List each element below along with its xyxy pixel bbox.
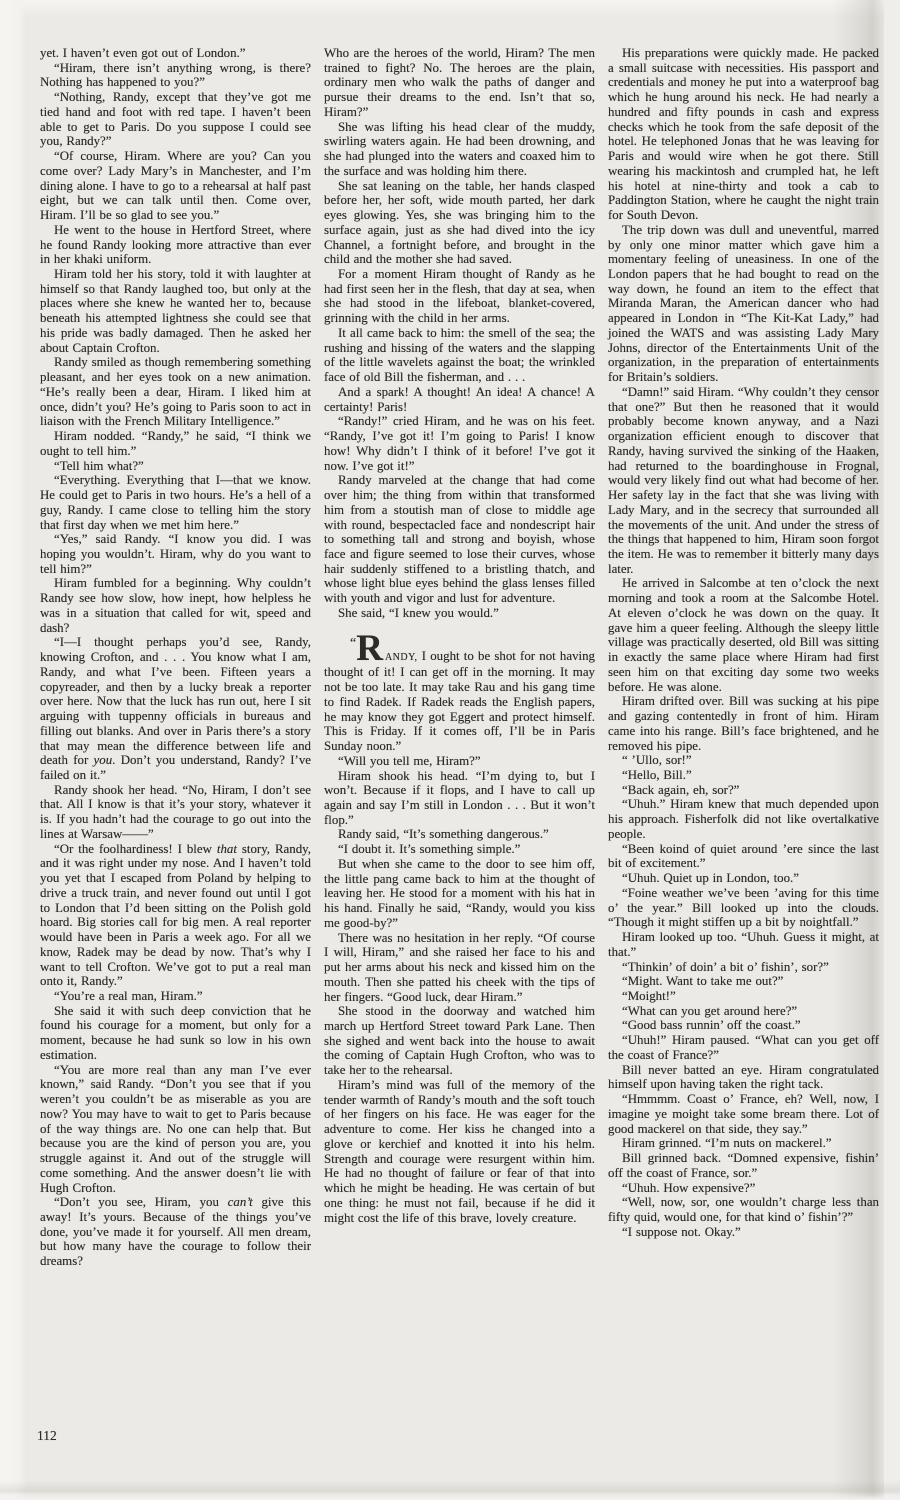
paragraph: “Damn!” said Hiram. “Why couldn’t they c… xyxy=(608,385,879,577)
paragraph: But when she came to the door to see him… xyxy=(324,857,595,931)
paragraph: “Foine weather we’ve been ’aving for thi… xyxy=(608,886,879,930)
paragraph: “You’re a real man, Hiram.” xyxy=(40,989,311,1004)
paragraph: Hiram fumbled for a beginning. Why could… xyxy=(40,576,311,635)
paragraph: “Will you tell me, Hiram?” xyxy=(324,754,595,769)
paragraph: He went to the house in Hertford Street,… xyxy=(40,223,311,267)
paragraph: “Uhuh. How expensive?” xyxy=(608,1181,879,1196)
paragraph: His preparations were quickly made. He p… xyxy=(608,46,879,223)
paragraph: “Moight!” xyxy=(608,989,879,1004)
paragraph: She said it with such deep conviction th… xyxy=(40,1004,311,1063)
paragraph: “Back again, eh, sor?” xyxy=(608,783,879,798)
paragraph: “Tell him what?” xyxy=(40,459,311,474)
paragraph: yet. I haven’t even got out of London.” xyxy=(40,46,311,61)
paragraph: “Thinkin’ of doin’ a bit o’ fishin’, sor… xyxy=(608,960,879,975)
paragraph: “Yes,” said Randy. “I know you did. I wa… xyxy=(40,532,311,576)
paragraph: “Don’t you see, Hiram, you can’t give th… xyxy=(40,1195,311,1269)
text-column-middle: Who are the heroes of the world, Hiram? … xyxy=(324,46,595,1269)
paragraph: Randy shook her head. “No, Hiram, I don’… xyxy=(40,783,311,842)
paragraph: The trip down was dull and uneventful, m… xyxy=(608,223,879,385)
paragraph: “Might. Want to take me out?” xyxy=(608,974,879,989)
paragraph: “Uhuh. Quiet up in London, too.” xyxy=(608,871,879,886)
paragraph: There was no hesitation in her reply. “O… xyxy=(324,931,595,1005)
paragraph: Hiram shook his head. “I’m dying to, but… xyxy=(324,769,595,828)
paragraph: “Well, now, sor, one wouldn’t charge les… xyxy=(608,1195,879,1224)
paragraph: “I—I thought perhaps you’d see, Randy, k… xyxy=(40,635,311,782)
paragraph: Hiram nodded. “Randy,” he said, “I think… xyxy=(40,429,311,458)
paragraph: Hiram drifted over. Bill was sucking at … xyxy=(608,694,879,753)
paragraph: “I doubt it. It’s something simple.” xyxy=(324,842,595,857)
text-column-right: His preparations were quickly made. He p… xyxy=(608,46,879,1269)
paragraph: Hiram’s mind was full of the memory of t… xyxy=(324,1078,595,1225)
paragraph: “Hmmmm. Coast o’ France, eh? Well, now, … xyxy=(608,1092,879,1136)
paragraph: Hiram grinned. “I’m nuts on mackerel.” xyxy=(608,1136,879,1151)
paragraph: “Hiram, there isn’t anything wrong, is t… xyxy=(40,61,311,90)
paragraph: She said, “I knew you would.” xyxy=(324,606,595,621)
page-edge-bottom xyxy=(0,1480,900,1500)
paragraph: She sat leaning on the table, her hands … xyxy=(324,179,595,267)
paragraph: Hiram told her his story, told it with l… xyxy=(40,267,311,355)
paragraph: “Been koind of quiet around ’ere since t… xyxy=(608,842,879,871)
page-edge-top xyxy=(0,0,900,18)
paragraph: “Randy!” cried Hiram, and he was on his … xyxy=(324,414,595,473)
page-edge-left xyxy=(0,0,26,1500)
page-number: 112 xyxy=(37,1428,57,1444)
paragraph: “I suppose not. Okay.” xyxy=(608,1225,879,1240)
paragraph: She stood in the doorway and watched him… xyxy=(324,1004,595,1078)
paragraph: “Nothing, Randy, except that they’ve got… xyxy=(40,90,311,149)
paragraph: She was lifting his head clear of the mu… xyxy=(324,120,595,179)
book-page: yet. I haven’t even got out of London.”“… xyxy=(0,0,900,1500)
paragraph: It all came back to him: the smell of th… xyxy=(324,326,595,385)
paragraph: For a moment Hiram thought of Randy as h… xyxy=(324,267,595,326)
page-edge-right-outer xyxy=(884,0,900,1500)
drop-cap-letter: R xyxy=(356,628,385,669)
text-column-left: yet. I haven’t even got out of London.”“… xyxy=(40,46,311,1269)
paragraph: “What can you get around here?” xyxy=(608,1004,879,1019)
text-columns: yet. I haven’t even got out of London.”“… xyxy=(40,46,878,1269)
paragraph: Bill grinned back. “Domned expensive, fi… xyxy=(608,1151,879,1180)
paragraph: “ ’Ullo, sor!” xyxy=(608,753,879,768)
paragraph: “Uhuh!” Hiram paused. “What can you get … xyxy=(608,1033,879,1062)
paragraph: “Uhuh.” Hiram knew that much depended up… xyxy=(608,797,879,841)
paragraph: “You are more real than any man I’ve eve… xyxy=(40,1063,311,1196)
drop-cap-smallcaps: ANDY, xyxy=(385,652,418,663)
paragraph: “Everything. Everything that I—that we k… xyxy=(40,473,311,532)
drop-cap-paragraph: “RANDY, I ought to be shot for not havin… xyxy=(324,637,595,754)
paragraph: “Hello, Bill.” xyxy=(608,768,879,783)
paragraph: “Or the foolhardiness! I blew that story… xyxy=(40,842,311,989)
paragraph: Randy marveled at the change that had co… xyxy=(324,473,595,606)
paragraph: He arrived in Salcombe at ten o’clock th… xyxy=(608,576,879,694)
paragraph: “Good bass runnin’ off the coast.” xyxy=(608,1018,879,1033)
paragraph: Hiram looked up too. “Uhuh. Guess it mig… xyxy=(608,930,879,959)
paragraph: Bill never batted an eye. Hiram congratu… xyxy=(608,1063,879,1092)
paragraph: “Of course, Hiram. Where are you? Can yo… xyxy=(40,149,311,223)
paragraph: Who are the heroes of the world, Hiram? … xyxy=(324,46,595,120)
paragraph: And a spark! A thought! An idea! A chanc… xyxy=(324,385,595,414)
paragraph: Randy said, “It’s something dangerous.” xyxy=(324,827,595,842)
paragraph: Randy smiled as though remembering somet… xyxy=(40,355,311,429)
